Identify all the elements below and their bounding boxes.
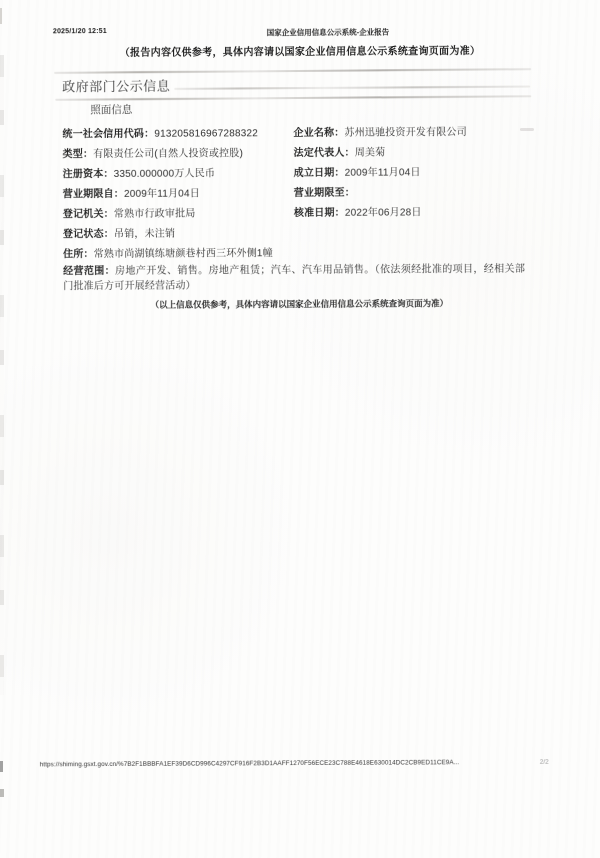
system-title: 国家企业信用信息公示系统-企业报告	[128, 26, 528, 39]
print-datetime: 2025/1/20 12:51	[53, 28, 107, 35]
subsection-title: 照面信息	[90, 102, 132, 117]
field-label: 核准日期：	[294, 208, 345, 219]
divider-line	[55, 95, 531, 100]
field-value: 2009年11月04日	[124, 189, 200, 200]
footer-disclaimer: （以上信息仅供参考，具体内容请以国家企业信用信息公示系统查询页面为准）	[7, 296, 591, 311]
field-row: 类型：有限责任公司(自然人投资或控股) 法定代表人：周美菊	[63, 143, 533, 165]
footer-url: https://shiming.gsxt.gov.cn/%7B2F1BBBFA1…	[40, 759, 460, 768]
field-value: 2022年06月28日	[345, 207, 422, 218]
field-row: 登记机关：常熟市行政审批局 核准日期：2022年06月28日	[63, 203, 533, 225]
page-content: 2025/1/20 12:51 国家企业信用信息公示系统-企业报告 （报告内容仅…	[0, 0, 600, 858]
field-row: 统一社会信用代码：913205816967288322 企业名称：苏州迅驰投资开…	[62, 123, 532, 145]
field-label: 住所：	[63, 249, 94, 260]
field-label: 类型：	[63, 149, 94, 160]
field-row: 登记状态：吊销，未注销	[63, 223, 533, 245]
field-value: 房地产开发、销售。房地产租赁；汽车、汽车用品销售。（依法须经批准的项目，经相关部…	[63, 264, 525, 292]
field-label: 成立日期：	[294, 168, 345, 179]
divider-line	[54, 68, 531, 74]
field-value: 3350.000000万人民币	[114, 168, 215, 180]
header-disclaimer: （报告内容仅供参考，具体内容请以国家企业信用信息公示系统查询页面为准）	[8, 41, 592, 59]
field-label: 营业期限自：	[63, 189, 124, 200]
field-value: 吊销，未注销	[114, 229, 175, 240]
field-value: 常熟市行政审批局	[114, 209, 196, 220]
field-value: 913205816967288322	[154, 128, 258, 140]
field-label: 法定代表人：	[294, 148, 355, 159]
field-label: 登记机关：	[63, 209, 114, 220]
field-label: 统一社会信用代码：	[62, 129, 154, 140]
section-title-rule	[174, 85, 530, 89]
address-row: 住所：常熟市尚湖镇练塘颜巷村西三环外侧1幢	[63, 243, 533, 260]
field-row: 营业期限自：2009年11月04日 营业期限至：	[63, 183, 533, 205]
field-label: 营业期限至：	[294, 188, 355, 199]
field-value: 苏州迅驰投资开发有限公司	[344, 127, 466, 139]
field-grid: 统一社会信用代码：913205816967288322 企业名称：苏州迅驰投资开…	[62, 123, 533, 245]
business-scope-row: 经营范围：房地产开发、销售。房地产租赁；汽车、汽车用品销售。（依法须经批准的项目…	[63, 263, 525, 294]
field-value: 周美菊	[355, 148, 386, 159]
field-label: 登记状态：	[63, 229, 114, 240]
field-value: 2009年11月04日	[345, 167, 421, 178]
field-label: 经营范围：	[63, 266, 115, 277]
scanned-report-page: 2025/1/20 12:51 国家企业信用信息公示系统-企业报告 （报告内容仅…	[0, 0, 600, 858]
page-indicator: 2/2	[540, 759, 549, 766]
field-label: 注册资本：	[63, 169, 114, 180]
field-value: 常熟市尚湖镇练塘颜巷村西三环外侧1幢	[94, 248, 273, 260]
field-row: 注册资本：3350.000000万人民币 成立日期：2009年11月04日	[63, 163, 533, 185]
field-label: 企业名称：	[293, 128, 344, 139]
section-title: 政府部门公示信息	[62, 76, 170, 96]
field-value: 有限责任公司(自然人投资或控股)	[93, 148, 243, 160]
